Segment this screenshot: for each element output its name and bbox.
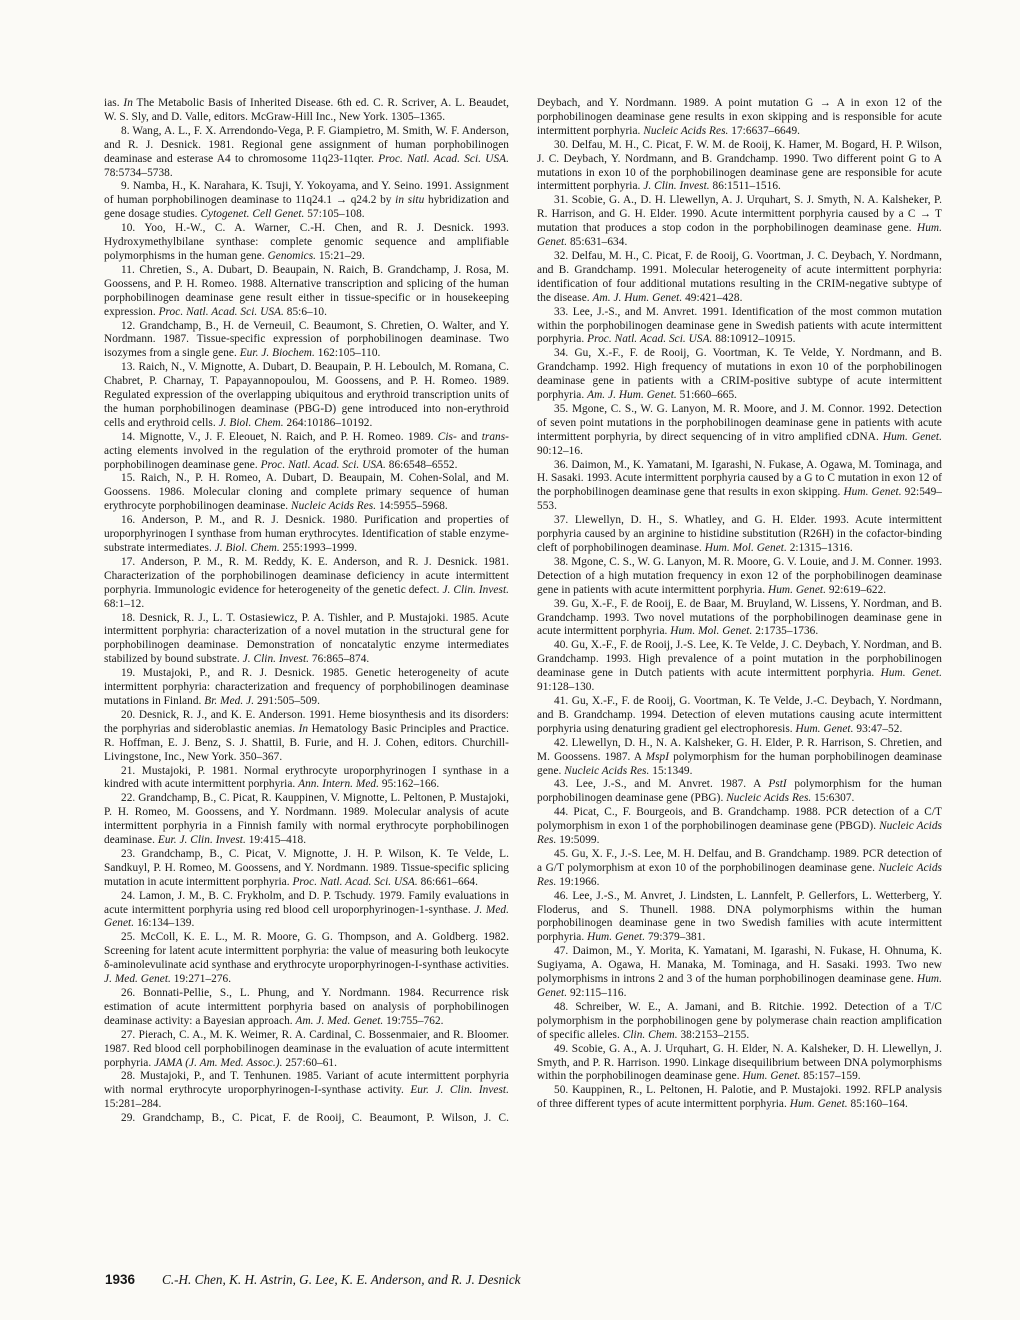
reference-entry: 34. Gu, X.-F., F. de Rooij, G. Voortman,… <box>537 347 942 403</box>
reference-entry: 9. Namba, H., K. Narahara, K. Tsuji, Y. … <box>104 180 509 222</box>
reference-entry: 37. Llewellyn, D. H., S. Whatley, and G.… <box>537 514 942 556</box>
reference-entry: 27. Pierach, C. A., M. K. Weimer, R. A. … <box>104 1029 509 1071</box>
reference-entry: 50. Kauppinen, R., L. Peltonen, H. Palot… <box>537 1084 942 1112</box>
page-number: 1936 <box>105 1272 135 1287</box>
reference-entry: 24. Lamon, J. M., B. C. Frykholm, and D.… <box>104 890 509 932</box>
reference-entry: 14. Mignotte, V., J. F. Eleouet, N. Raic… <box>104 431 509 473</box>
reference-entry: 31. Scobie, G. A., D. H. Llewellyn, A. J… <box>537 194 942 250</box>
reference-entry: 33. Lee, J.-S., and M. Anvret. 1991. Ide… <box>537 306 942 348</box>
reference-entry: 46. Lee, J.-S., M. Anvret, J. Lindsten, … <box>537 890 942 946</box>
reference-entry: 8. Wang, A. L., F. X. Arrendondo-Vega, P… <box>104 125 509 181</box>
reference-entry: 21. Mustajoki, P. 1981. Normal erythrocy… <box>104 765 509 793</box>
reference-entry: 20. Desnick, R. J., and K. E. Anderson. … <box>104 709 509 765</box>
reference-entry: 47. Daimon, M., Y. Morita, K. Yamatani, … <box>537 945 942 1001</box>
reference-entry: 29. Grandchamp, B., C. Picat, F. de Rooi… <box>104 1112 509 1126</box>
reference-entry: 26. Bonnati-Pellie, S., L. Phung, and Y.… <box>104 987 509 1029</box>
reference-entry: 32. Delfau, M. H., C. Picat, F. de Rooij… <box>537 250 942 306</box>
reference-entry: 48. Schreiber, W. E., A. Jamani, and B. … <box>537 1001 942 1043</box>
reference-entry: ias. In The Metabolic Basis of Inherited… <box>104 97 509 125</box>
reference-entry: 19. Mustajoki, P., and R. J. Desnick. 19… <box>104 667 509 709</box>
reference-entry: 39. Gu, X.-F., F. de Rooij, E. de Baar, … <box>537 598 942 640</box>
reference-entry: 41. Gu, X.-F., F. de Rooij, G. Voortman,… <box>537 695 942 737</box>
reference-entry: 42. Llewellyn, D. H., N. A. Kalsheker, G… <box>537 737 942 779</box>
reference-entry: 38. Mgone, C. S., W. G. Lanyon, M. R. Mo… <box>537 556 942 598</box>
reference-entry: 25. McColl, K. E. L., M. R. Moore, G. G.… <box>104 931 509 987</box>
references-section: ias. In The Metabolic Basis of Inherited… <box>104 97 942 1126</box>
reference-entry: 28. Mustajoki, P., and T. Tenhunen. 1985… <box>104 1070 509 1112</box>
references-column-left: ias. In The Metabolic Basis of Inherited… <box>104 97 509 1126</box>
reference-entry: 12. Grandchamp, B., H. de Verneuil, C. B… <box>104 320 509 362</box>
page-footer: 1936 C.-H. Chen, K. H. Astrin, G. Lee, K… <box>105 1272 521 1288</box>
reference-entry: 11. Chretien, S., A. Dubart, D. Beaupain… <box>104 264 509 320</box>
reference-entry: 43. Lee, J.-S., and M. Anvret. 1987. A P… <box>537 778 942 806</box>
references-column-right: Deybach, and Y. Nordmann. 1989. A point … <box>537 97 942 1126</box>
running-authors: C.-H. Chen, K. H. Astrin, G. Lee, K. E. … <box>162 1272 520 1288</box>
reference-entry: 44. Picat, C., F. Bourgeois, and B. Gran… <box>537 806 942 848</box>
reference-entry: 17. Anderson, P. M., R. M. Reddy, K. E. … <box>104 556 509 612</box>
reference-entry: Deybach, and Y. Nordmann. 1989. A point … <box>537 97 942 139</box>
reference-entry: 22. Grandchamp, B., C. Picat, R. Kauppin… <box>104 792 509 848</box>
reference-entry: 30. Delfau, M. H., C. Picat, F. W. M. de… <box>537 139 942 195</box>
reference-entry: 36. Daimon, M., K. Yamatani, M. Igarashi… <box>537 459 942 515</box>
reference-entry: 35. Mgone, C. S., W. G. Lanyon, M. R. Mo… <box>537 403 942 459</box>
reference-entry: 16. Anderson, P. M., and R. J. Desnick. … <box>104 514 509 556</box>
reference-entry: 45. Gu, X. F., J.-S. Lee, M. H. Delfau, … <box>537 848 942 890</box>
reference-entry: 49. Scobie, G. A., A. J. Urquhart, G. H.… <box>537 1043 942 1085</box>
reference-entry: 40. Gu, X.-F., F. de Rooij, J.-S. Lee, K… <box>537 639 942 695</box>
journal-page: ias. In The Metabolic Basis of Inherited… <box>0 0 1020 1320</box>
reference-entry: 10. Yoo, H.-W., C. A. Warner, C.-H. Chen… <box>104 222 509 264</box>
reference-entry: 23. Grandchamp, B., C. Picat, V. Mignott… <box>104 848 509 890</box>
reference-entry: 13. Raich, N., V. Mignotte, A. Dubart, D… <box>104 361 509 431</box>
reference-entry: 18. Desnick, R. J., L. T. Ostasiewicz, P… <box>104 612 509 668</box>
reference-entry: 15. Raich, N., P. H. Romeo, A. Dubart, D… <box>104 472 509 514</box>
